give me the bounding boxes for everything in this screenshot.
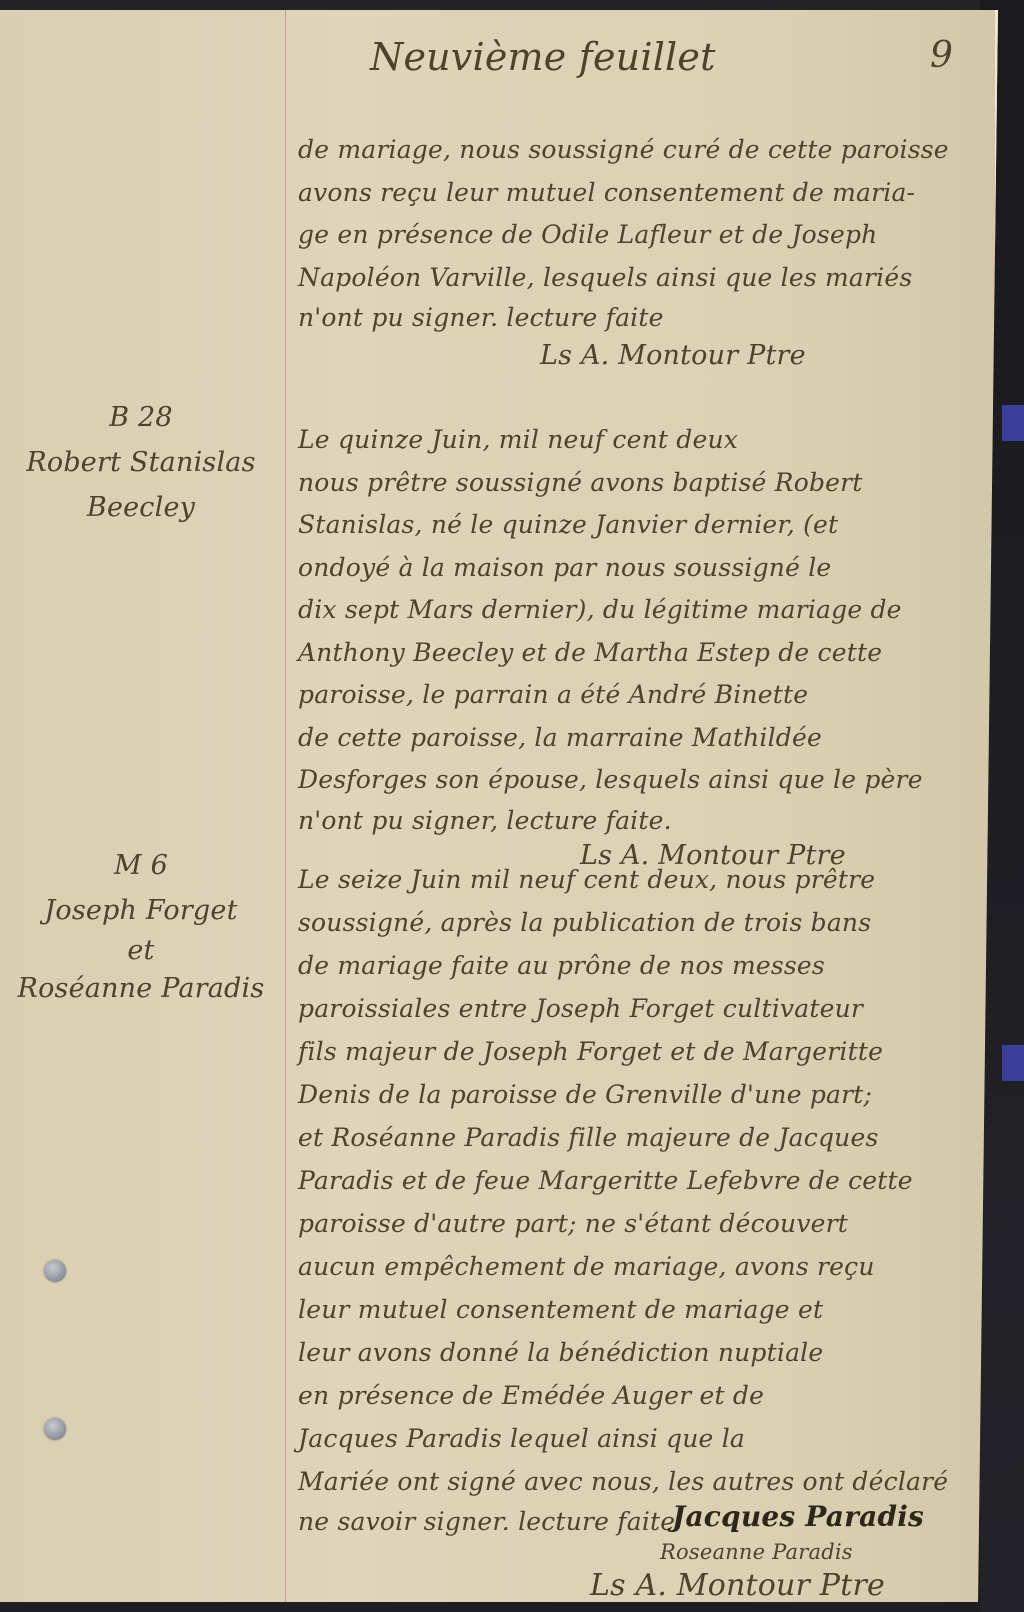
- text-line: ne savoir signer. lecture faite: [298, 1507, 675, 1536]
- background-blue-strip: [1002, 1045, 1024, 1081]
- entry-name: et: [6, 935, 276, 966]
- background-blue-strip: [1002, 405, 1024, 441]
- text-line: avons reçu leur mutuel consentement de m…: [298, 178, 915, 207]
- register-page: Neuvième feuillet 9 de mariage, nous sou…: [0, 10, 998, 1602]
- text-line: nous prêtre soussigné avons baptisé Robe…: [298, 468, 863, 497]
- page-number: 9: [930, 35, 953, 76]
- text-line: paroisse d'autre part; ne s'étant découv…: [298, 1209, 848, 1238]
- binder-hole-icon: [44, 1260, 66, 1282]
- text-line: paroisse, le parrain a été André Binette: [298, 680, 808, 709]
- text-line: ge en présence de Odile Lafleur et de Jo…: [298, 220, 877, 249]
- text-line: Le seize Juin mil neuf cent deux, nous p…: [298, 865, 875, 894]
- entry-name: Beecley: [6, 492, 276, 523]
- text-line: n'ont pu signer, lecture faite.: [298, 806, 672, 835]
- text-line: dix sept Mars dernier), du légitime mari…: [298, 595, 902, 624]
- text-line: de cette paroisse, la marraine Mathildée: [298, 723, 822, 752]
- text-line: Stanislas, né le quinze Janvier dernier,…: [298, 510, 838, 539]
- bride-signature: Roseanne Paradis: [660, 1540, 853, 1564]
- text-line: Anthony Beecley et de Martha Estep de ce…: [298, 638, 882, 667]
- priest-signature: Ls A. Montour Ptre: [590, 1568, 885, 1603]
- text-line: en présence de Emédée Auger et de: [298, 1381, 764, 1410]
- text-line: et Roséanne Paradis fille majeure de Jac…: [298, 1123, 879, 1152]
- text-line: Desforges son épouse, lesquels ainsi que…: [298, 765, 923, 794]
- text-line: ondoyé à la maison par nous soussigné le: [298, 553, 831, 582]
- text-line: n'ont pu signer. lecture faite: [298, 303, 664, 332]
- priest-signature: Ls A. Montour Ptre: [540, 340, 806, 371]
- margin-rule: [285, 10, 286, 1602]
- witness-signature: Jacques Paradis: [672, 1500, 924, 1533]
- entry-name: Joseph Forget: [6, 895, 276, 926]
- page-title: Neuvième feuillet: [370, 35, 716, 79]
- entry-name: Robert Stanislas: [6, 447, 276, 478]
- text-line: aucun empêchement de mariage, avons reçu: [298, 1252, 875, 1281]
- text-line: leur mutuel consentement de mariage et: [298, 1295, 823, 1324]
- text-line: Jacques Paradis lequel ainsi que la: [298, 1424, 745, 1453]
- text-line: soussigné, après la publication de trois…: [298, 908, 871, 937]
- binder-hole-icon: [44, 1418, 66, 1440]
- entry-code: B 28: [6, 402, 276, 433]
- text-line: leur avons donné la bénédiction nuptiale: [298, 1338, 823, 1367]
- text-line: de mariage faite au prône de nos messes: [298, 951, 825, 980]
- text-line: fils majeur de Joseph Forget et de Marge…: [298, 1037, 883, 1066]
- text-line: Mariée ont signé avec nous, les autres o…: [298, 1467, 948, 1496]
- text-line: Le quinze Juin, mil neuf cent deux: [298, 425, 738, 454]
- scanner-top-edge: [0, 0, 1024, 10]
- text-line: Paradis et de feue Margeritte Lefebvre d…: [298, 1166, 913, 1195]
- entry-code: M 6: [6, 850, 276, 881]
- text-line: paroissiales entre Joseph Forget cultiva…: [298, 994, 863, 1023]
- text-line: de mariage, nous soussigné curé de cette…: [298, 135, 949, 164]
- text-line: Denis de la paroisse de Grenville d'une …: [298, 1080, 872, 1109]
- entry-name: Roséanne Paradis: [6, 973, 276, 1004]
- text-line: Napoléon Varville, lesquels ainsi que le…: [298, 263, 912, 292]
